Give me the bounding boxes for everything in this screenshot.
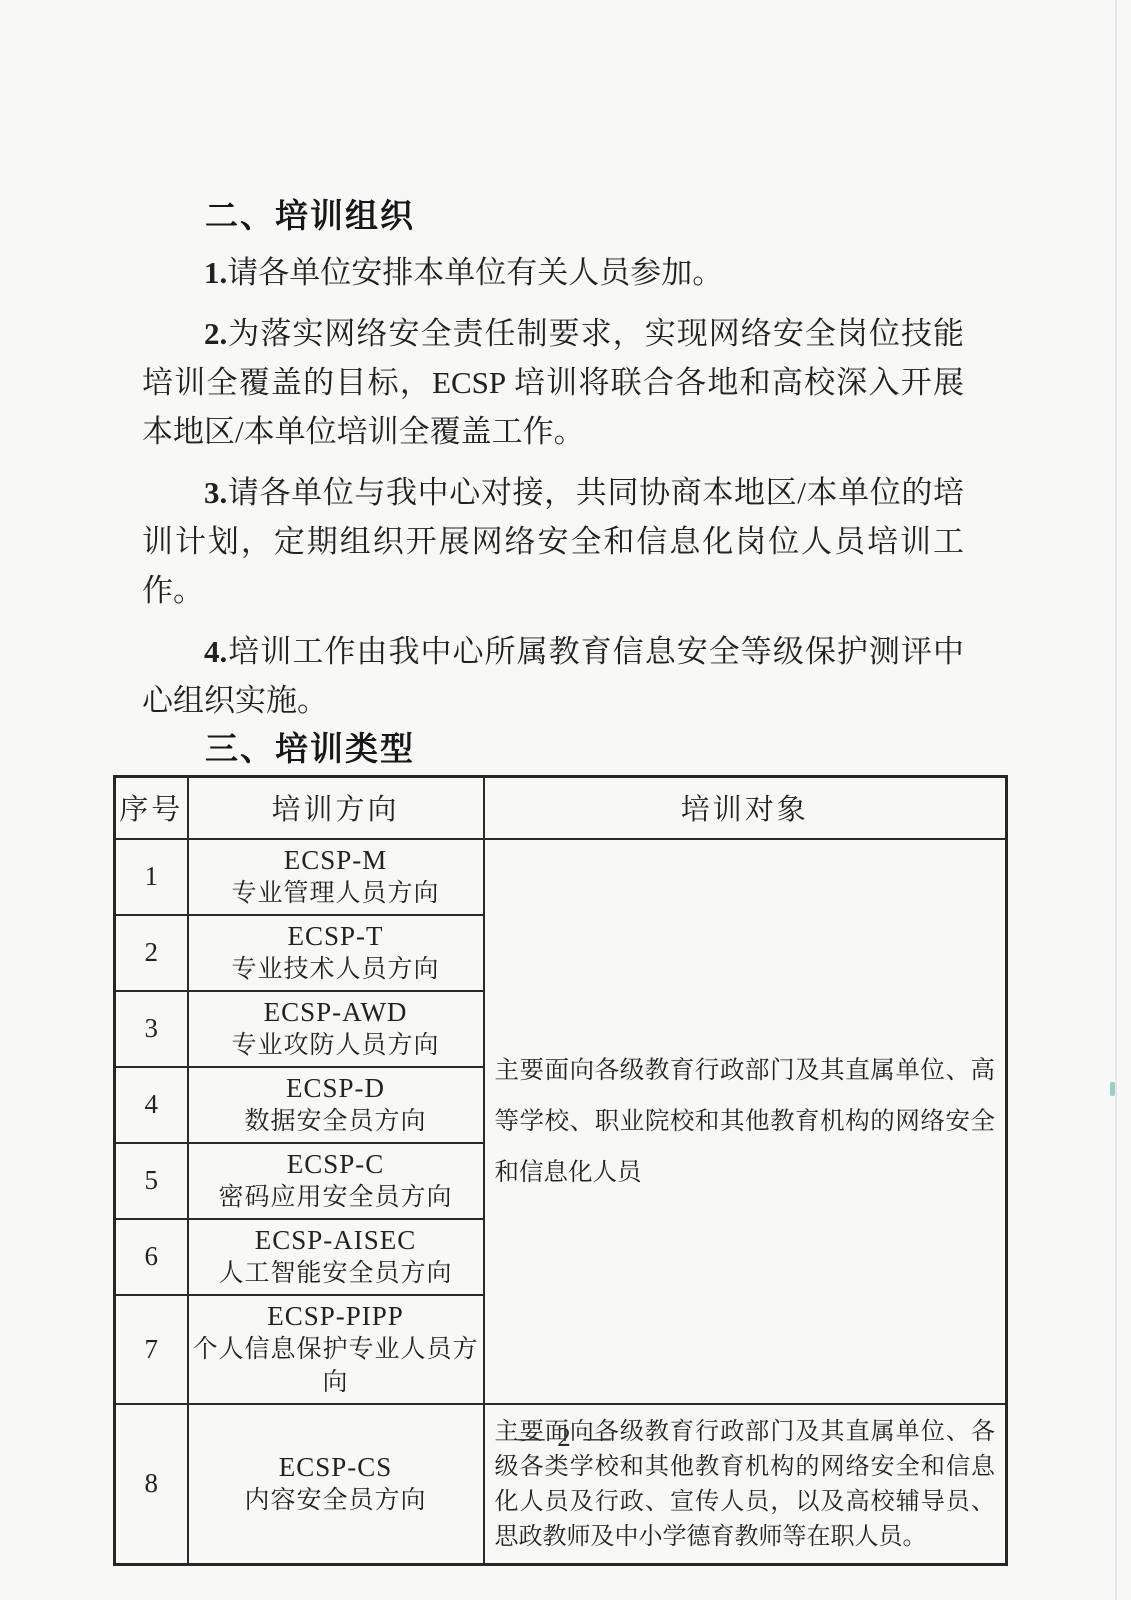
direction-name: 专业技术人员方向 (191, 953, 481, 986)
page-content: 二、培训组织 1.请各单位安排本单位有关人员参加。 2.为落实网络安全责任制要求… (142, 196, 990, 1566)
paragraph-text: 为落实网络安全责任制要求，实现网络安全岗位技能培训全覆盖的目标，ECSP 培训将… (142, 316, 964, 449)
column-header-audience: 培训对象 (484, 777, 1007, 839)
row-direction: ECSP-D 数据安全员方向 (188, 1067, 484, 1143)
direction-name: 数据安全员方向 (191, 1105, 481, 1138)
row-number: 7 (115, 1295, 188, 1404)
row-number: 3 (115, 991, 188, 1067)
table-header-row: 序号 培训方向 培训对象 (115, 777, 1007, 839)
column-header-direction: 培训方向 (188, 777, 484, 839)
direction-name: 人工智能安全员方向 (191, 1257, 481, 1290)
section3-heading: 三、培训类型 (205, 729, 990, 769)
audience-merged-cell: 主要面向各级教育行政部门及其直属单位、高等学校、职业院校和其他教育机构的网络安全… (484, 839, 1007, 1404)
scan-edge-line (1115, 0, 1117, 1600)
section2-paragraph-1: 1.请各单位安排本单位有关人员参加。 (142, 248, 964, 297)
direction-code: ECSP-CS (191, 1451, 481, 1484)
paragraph-number: 1. (204, 255, 227, 290)
row-direction: ECSP-M 专业管理人员方向 (188, 839, 484, 915)
page-number: — 2 — (0, 1422, 1131, 1453)
direction-code: ECSP-T (191, 920, 481, 953)
row-number: 5 (115, 1143, 188, 1219)
row-direction: ECSP-T 专业技术人员方向 (188, 915, 484, 991)
paragraph-text: 请各单位安排本单位有关人员参加。 (227, 255, 723, 290)
direction-name: 密码应用安全员方向 (191, 1181, 481, 1214)
section2-paragraph-3: 3.请各单位与我中心对接，共同协商本地区/本单位的培训计划，定期组织开展网络安全… (142, 468, 964, 615)
column-header-no: 序号 (115, 777, 188, 839)
row-number: 2 (115, 915, 188, 991)
row-number: 6 (115, 1219, 188, 1295)
section2-heading: 二、培训组织 (205, 196, 990, 236)
document-page: 二、培训组织 1.请各单位安排本单位有关人员参加。 2.为落实网络安全责任制要求… (0, 0, 1131, 1600)
direction-name: 个人信息保护专业人员方向 (191, 1333, 481, 1399)
row-direction: ECSP-AISEC 人工智能安全员方向 (188, 1219, 484, 1295)
row-number: 4 (115, 1067, 188, 1143)
direction-code: ECSP-C (191, 1148, 481, 1181)
row-direction: ECSP-AWD 专业攻防人员方向 (188, 991, 484, 1067)
paragraph-number: 2. (204, 316, 227, 351)
table-row: 1 ECSP-M 专业管理人员方向 主要面向各级教育行政部门及其直属单位、高等学… (115, 839, 1007, 915)
direction-code: ECSP-D (191, 1072, 481, 1105)
row-number: 1 (115, 839, 188, 915)
row-direction: ECSP-C 密码应用安全员方向 (188, 1143, 484, 1219)
paragraph-text: 培训工作由我中心所属教育信息安全等级保护测评中心组织实施。 (142, 634, 964, 718)
direction-code: ECSP-PIPP (191, 1300, 481, 1333)
paragraph-number: 4. (204, 634, 227, 669)
paragraph-number: 3. (204, 475, 227, 510)
direction-name: 专业管理人员方向 (191, 877, 481, 910)
paragraph-text: 请各单位与我中心对接，共同协商本地区/本单位的培训计划，定期组织开展网络安全和信… (142, 475, 964, 608)
section2-paragraph-2: 2.为落实网络安全责任制要求，实现网络安全岗位技能培训全覆盖的目标，ECSP 培… (142, 309, 964, 456)
scan-artifact-teal (1110, 1082, 1115, 1096)
direction-code: ECSP-AWD (191, 996, 481, 1029)
direction-code: ECSP-AISEC (191, 1224, 481, 1257)
direction-name: 内容安全员方向 (191, 1484, 481, 1517)
direction-name: 专业攻防人员方向 (191, 1029, 481, 1062)
direction-code: ECSP-M (191, 844, 481, 877)
row-direction: ECSP-PIPP 个人信息保护专业人员方向 (188, 1295, 484, 1404)
section2-paragraph-4: 4.培训工作由我中心所属教育信息安全等级保护测评中心组织实施。 (142, 627, 964, 725)
